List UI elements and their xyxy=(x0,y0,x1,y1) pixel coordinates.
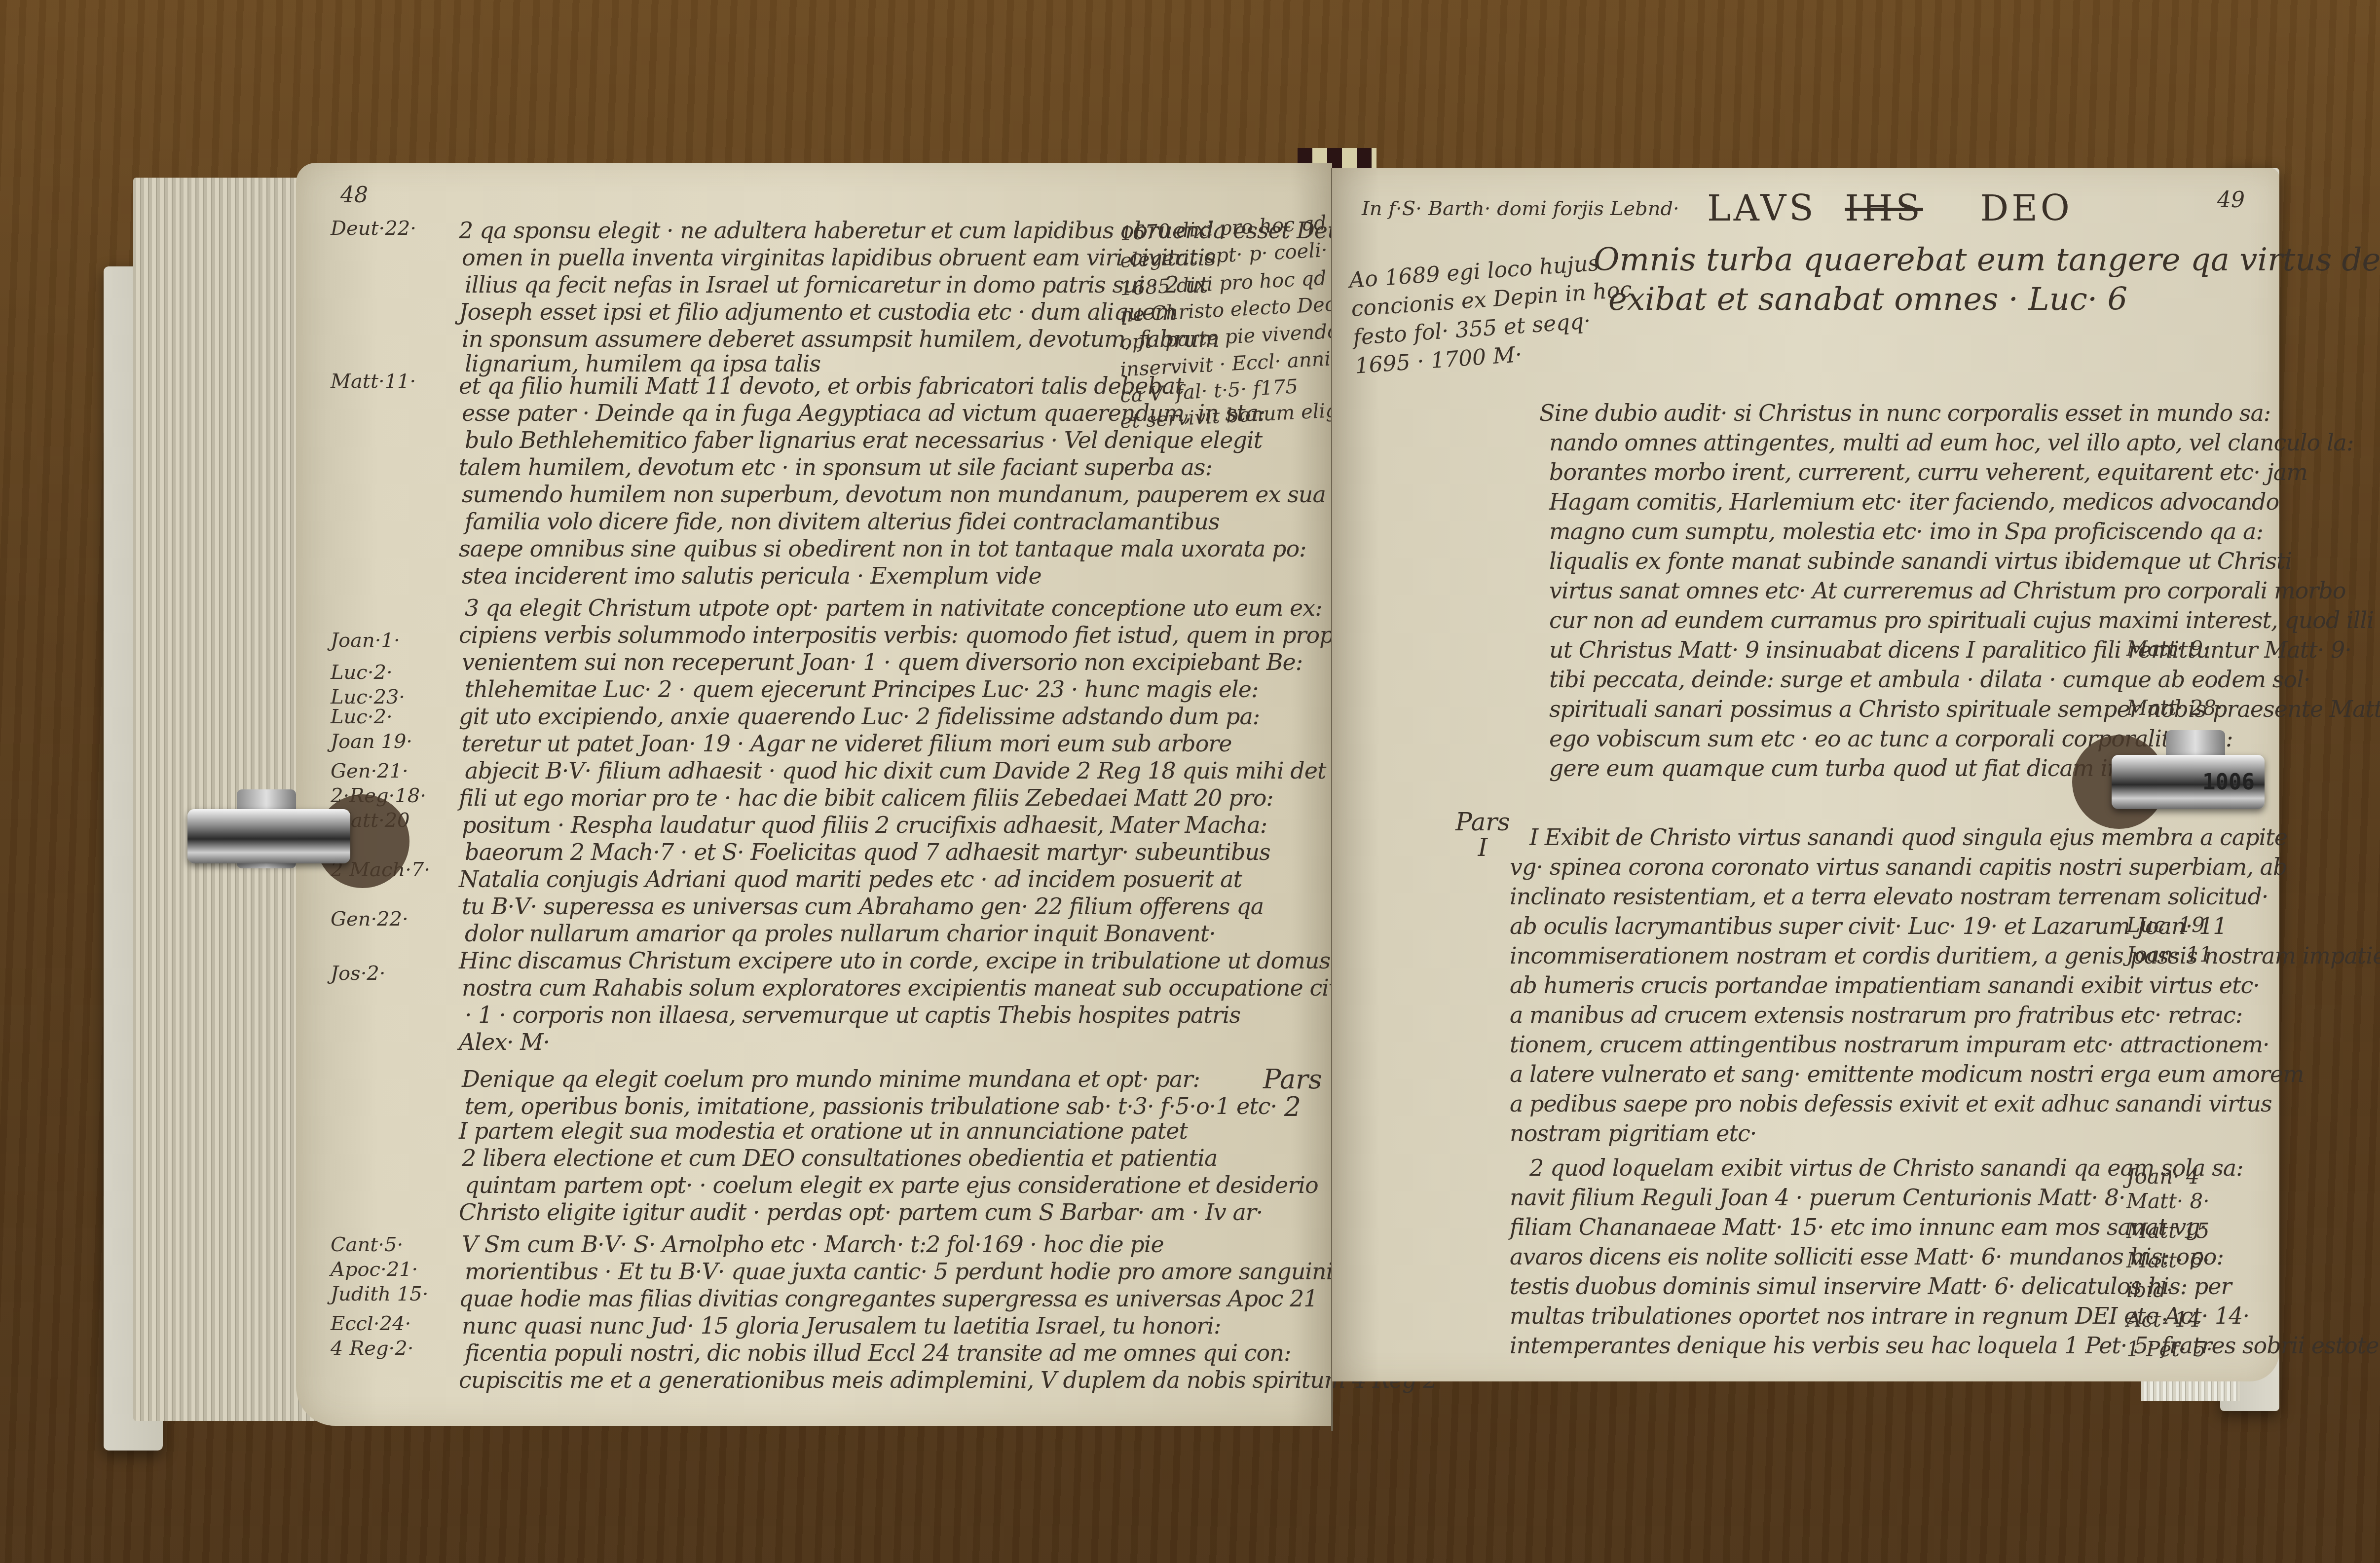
book-clamp-icon xyxy=(187,809,350,863)
header-title: LAVS IHS DEO xyxy=(1707,187,2073,229)
pars-label: Pars xyxy=(1263,1066,1322,1093)
manuscript-line: fili ut ego moriar pro te · hac die bibi… xyxy=(459,784,1273,811)
manuscript-line: cur non ad eundem curramus pro spiritual… xyxy=(1549,607,2374,633)
pars-number: I xyxy=(1455,835,1510,860)
manuscript-line: ab humeris crucis portandae impatientiam… xyxy=(1510,972,2260,999)
margin-reference: Judith 15· xyxy=(331,1283,428,1305)
manuscript-line: et qa filio humili Matt 11 devoto, et or… xyxy=(459,372,1184,399)
manuscript-line: ut Christus Matt· 9 insinuabat dicens I … xyxy=(1549,636,2351,663)
margin-reference: Eccl·24· xyxy=(331,1312,411,1335)
manuscript-line: Joseph esset ipsi et filio adjumento et … xyxy=(459,298,1176,325)
manuscript-line: nostram pigritiam etc· xyxy=(1510,1120,1756,1147)
manuscript-line: in sponsum assumere deberet assumpsit hu… xyxy=(462,326,1219,352)
manuscript-line: Denique qa elegit coelum pro mundo minim… xyxy=(462,1066,1200,1092)
manuscript-line: dolor nullarum amarior qa proles nullaru… xyxy=(465,920,1216,947)
manuscript-line: filiam Chananaeae Matt· 15· etc imo innu… xyxy=(1510,1214,2206,1240)
manuscript-line: tibi peccata, deinde: surge et ambula · … xyxy=(1549,666,2310,693)
manuscript-line: quintam partem opt· · coelum elegit ex p… xyxy=(465,1172,1318,1198)
margin-reference: Joan· 4 xyxy=(2126,1164,2199,1189)
manuscript-line: a pedibus saepe pro nobis defessis exivi… xyxy=(1510,1090,2272,1117)
margin-reference: 4 Reg·2· xyxy=(331,1337,413,1360)
header-struck-word: IHS xyxy=(1845,187,1923,229)
manuscript-line: git uto excipiendo, anxie quaerendo Luc·… xyxy=(459,703,1260,730)
manuscript-line: positum · Respha laudatur quod filiis 2 … xyxy=(462,812,1267,838)
manuscript-line: liqualis ex fonte manat subinde sanandi … xyxy=(1549,548,2292,574)
margin-reference: Luc· 19 xyxy=(2126,913,2205,937)
margin-reference: Matt·11· xyxy=(331,370,416,393)
manuscript-line: 2 libera electione et cum DEO consultati… xyxy=(462,1145,1217,1171)
manuscript-line: familia volo dicere fide, non divitem al… xyxy=(465,508,1220,535)
manuscript-line: Sine dubio audit· si Christus in nunc co… xyxy=(1539,400,2270,426)
manuscript-line: I Exibit de Christo virtus sanandi quod … xyxy=(1529,824,2287,851)
margin-reference: Gen·22· xyxy=(331,908,409,930)
manuscript-line: navit filium Reguli Joan 4 · puerum Cent… xyxy=(1510,1184,2125,1211)
margin-reference: Matt· 8· xyxy=(2126,1189,2210,1213)
margin-reference: Cant·5· xyxy=(331,1233,403,1256)
manuscript-line: Alex· M· xyxy=(459,1029,550,1055)
running-header: In f·S· Barth· domi forjis Lebnd· xyxy=(1362,197,1679,220)
theme-line-2: exibat et sanabat omnes · Luc· 6 xyxy=(1608,281,2127,318)
margin-reference: Gen·21· xyxy=(331,760,409,782)
pars-marker-right: Pars I xyxy=(1455,809,1510,860)
open-manuscript-book: 48 Deut·22·Matt·11·Joan·1·Luc·2·Luc·23·L… xyxy=(99,148,2279,1441)
manuscript-line: V Sm cum B·V· S· Arnolpho etc · March· t… xyxy=(462,1231,1164,1258)
manuscript-line: avaros dicens eis nolite solliciti esse … xyxy=(1510,1243,2224,1270)
folio-number-left: 48 xyxy=(340,183,368,208)
manuscript-line: borantes morbo irent, currerent, curru v… xyxy=(1549,459,2307,485)
book-clamp-icon: 1006 xyxy=(2112,755,2265,809)
margin-reference: Joan· 11· xyxy=(2126,942,2219,967)
manuscript-line: ab oculis lacrymantibus super civit· Luc… xyxy=(1510,913,2227,939)
manuscript-line: Natalia conjugis Adriani quod mariti ped… xyxy=(459,866,1242,893)
manuscript-line: saepe omnibus sine quibus si obedirent n… xyxy=(459,535,1306,562)
folio-number-right: 49 xyxy=(2217,187,2245,213)
manuscript-line: thlehemitae Luc· 2 · quem ejecerunt Prin… xyxy=(465,676,1258,703)
manuscript-line: testis duobus dominis simul inservire Ma… xyxy=(1510,1273,2231,1300)
manuscript-line: virtus sanat omnes etc· At curreremus ad… xyxy=(1549,577,2345,604)
manuscript-line: spirituali sanari possimus a Christo spi… xyxy=(1549,696,2380,722)
manuscript-line: tem, operibus bonis, imitatione, passion… xyxy=(465,1093,1277,1119)
pars-marker-left: Pars 2 xyxy=(1263,1066,1322,1121)
manuscript-line: Hinc discamus Christum excipere uto in c… xyxy=(459,947,1330,974)
margin-reference: Matt· 28· xyxy=(2126,696,2223,720)
manuscript-line: nostra cum Rahabis solum exploratores ex… xyxy=(462,974,1363,1001)
header-deo: DEO xyxy=(1980,187,2072,229)
header-laus: LAVS xyxy=(1707,187,1817,229)
margin-reference: Apoc·21· xyxy=(331,1258,418,1281)
manuscript-line: omen in puella inventa virginitas lapidi… xyxy=(462,244,1216,271)
manuscript-line: vg· spinea corona coronato virtus sanand… xyxy=(1510,854,2287,880)
margin-reference: Luc·2· xyxy=(331,661,393,684)
manuscript-line: tionem, crucem attingentibus nostrarum i… xyxy=(1510,1031,2269,1058)
manuscript-line: a latere vulnerato et sang· emittente mo… xyxy=(1510,1061,2304,1087)
manuscript-line: abjecit B·V· filium adhaesit · quod hic … xyxy=(465,757,1326,784)
manuscript-line: cipiens verbis solummodo interpositis ve… xyxy=(459,622,1364,648)
margin-reference: Joan 19· xyxy=(331,730,412,753)
manuscript-line: Christo eligite igitur audit · perdas op… xyxy=(459,1199,1263,1226)
margin-reference: Deut·22· xyxy=(331,217,416,240)
pars-number: 2 xyxy=(1263,1093,1322,1121)
manuscript-line: 3 qa elegit Christum utpote opt· partem … xyxy=(465,595,1322,621)
margin-reference: Act· 14 xyxy=(2126,1307,2201,1332)
left-page: 48 Deut·22·Matt·11·Joan·1·Luc·2·Luc·23·L… xyxy=(296,163,1332,1426)
manuscript-line: nunc quasi nunc Jud· 15 gloria Jerusalem… xyxy=(462,1312,1221,1339)
manuscript-line: intemperantes denique his verbis seu hac… xyxy=(1510,1332,2380,1359)
margin-reference: ibid· xyxy=(2126,1278,2173,1302)
manuscript-line: illius qa fecit nefas in Israel ut forni… xyxy=(465,271,1208,298)
pars-label: Pars xyxy=(1455,809,1510,835)
margin-reference: Matt 15 xyxy=(2126,1219,2210,1243)
margin-reference: Matt· 6· xyxy=(2126,1248,2210,1272)
margin-reference: Jos·2· xyxy=(331,962,386,985)
manuscript-line: sumendo humilem non superbum, devotum no… xyxy=(462,481,1326,508)
manuscript-line: nando omnes attingentes, multi ad eum ho… xyxy=(1549,429,2354,456)
manuscript-line: talem humilem, devotum etc · in sponsum … xyxy=(459,454,1212,481)
manuscript-line: incommiserationem nostram et cordis duri… xyxy=(1510,942,2380,969)
margin-reference: Luc·2· xyxy=(331,706,393,728)
margin-reference: Joan·1· xyxy=(331,629,400,652)
manuscript-line: stea inciderent imo salutis pericula · E… xyxy=(462,562,1041,589)
manuscript-line: quae hodie mas filias divitias congregan… xyxy=(459,1285,1318,1312)
manuscript-line: morientibus · Et tu B·V· quae juxta cant… xyxy=(465,1258,1344,1285)
manuscript-line: inclinato resistentiam, et a terra eleva… xyxy=(1510,883,2268,910)
manuscript-line: tu B·V· superessa es universas cum Abrah… xyxy=(462,893,1264,920)
manuscript-line: magno cum sumptu, molestia etc· imo in S… xyxy=(1549,518,2263,545)
manuscript-line: I partem elegit sua modestia et oratione… xyxy=(459,1117,1188,1144)
theme-line-1: Omnis turba quaerebat eum tangere qa vir… xyxy=(1594,242,2380,278)
margin-reference: Matt· 9· xyxy=(2126,636,2210,661)
manuscript-line: venientem sui non receperunt Joan· 1 · q… xyxy=(462,649,1302,675)
manuscript-line: gere eum quamque cum turba quod ut fiat … xyxy=(1549,755,2164,781)
manuscript-line: a manibus ad crucem extensis nostrarum p… xyxy=(1510,1002,2242,1028)
manuscript-line: baeorum 2 Mach·7 · et S· Foelicitas quod… xyxy=(465,839,1270,865)
clasp-marking: 1006 xyxy=(2202,770,2255,795)
manuscript-line: Hagam comitis, Harlemium etc· iter facie… xyxy=(1549,488,2279,515)
manuscript-line: ficentia populi nostri, dic nobis illud … xyxy=(465,1340,1291,1366)
margin-reference: 1 Pet· 5· xyxy=(2126,1337,2213,1361)
manuscript-line: teretur ut patet Joan· 19 · Agar ne vide… xyxy=(462,730,1232,757)
manuscript-line: · 1 · corporis non illaesa, servemurque … xyxy=(465,1002,1240,1028)
manuscript-line: cupiscitis me et a generationibus meis a… xyxy=(459,1367,1444,1393)
